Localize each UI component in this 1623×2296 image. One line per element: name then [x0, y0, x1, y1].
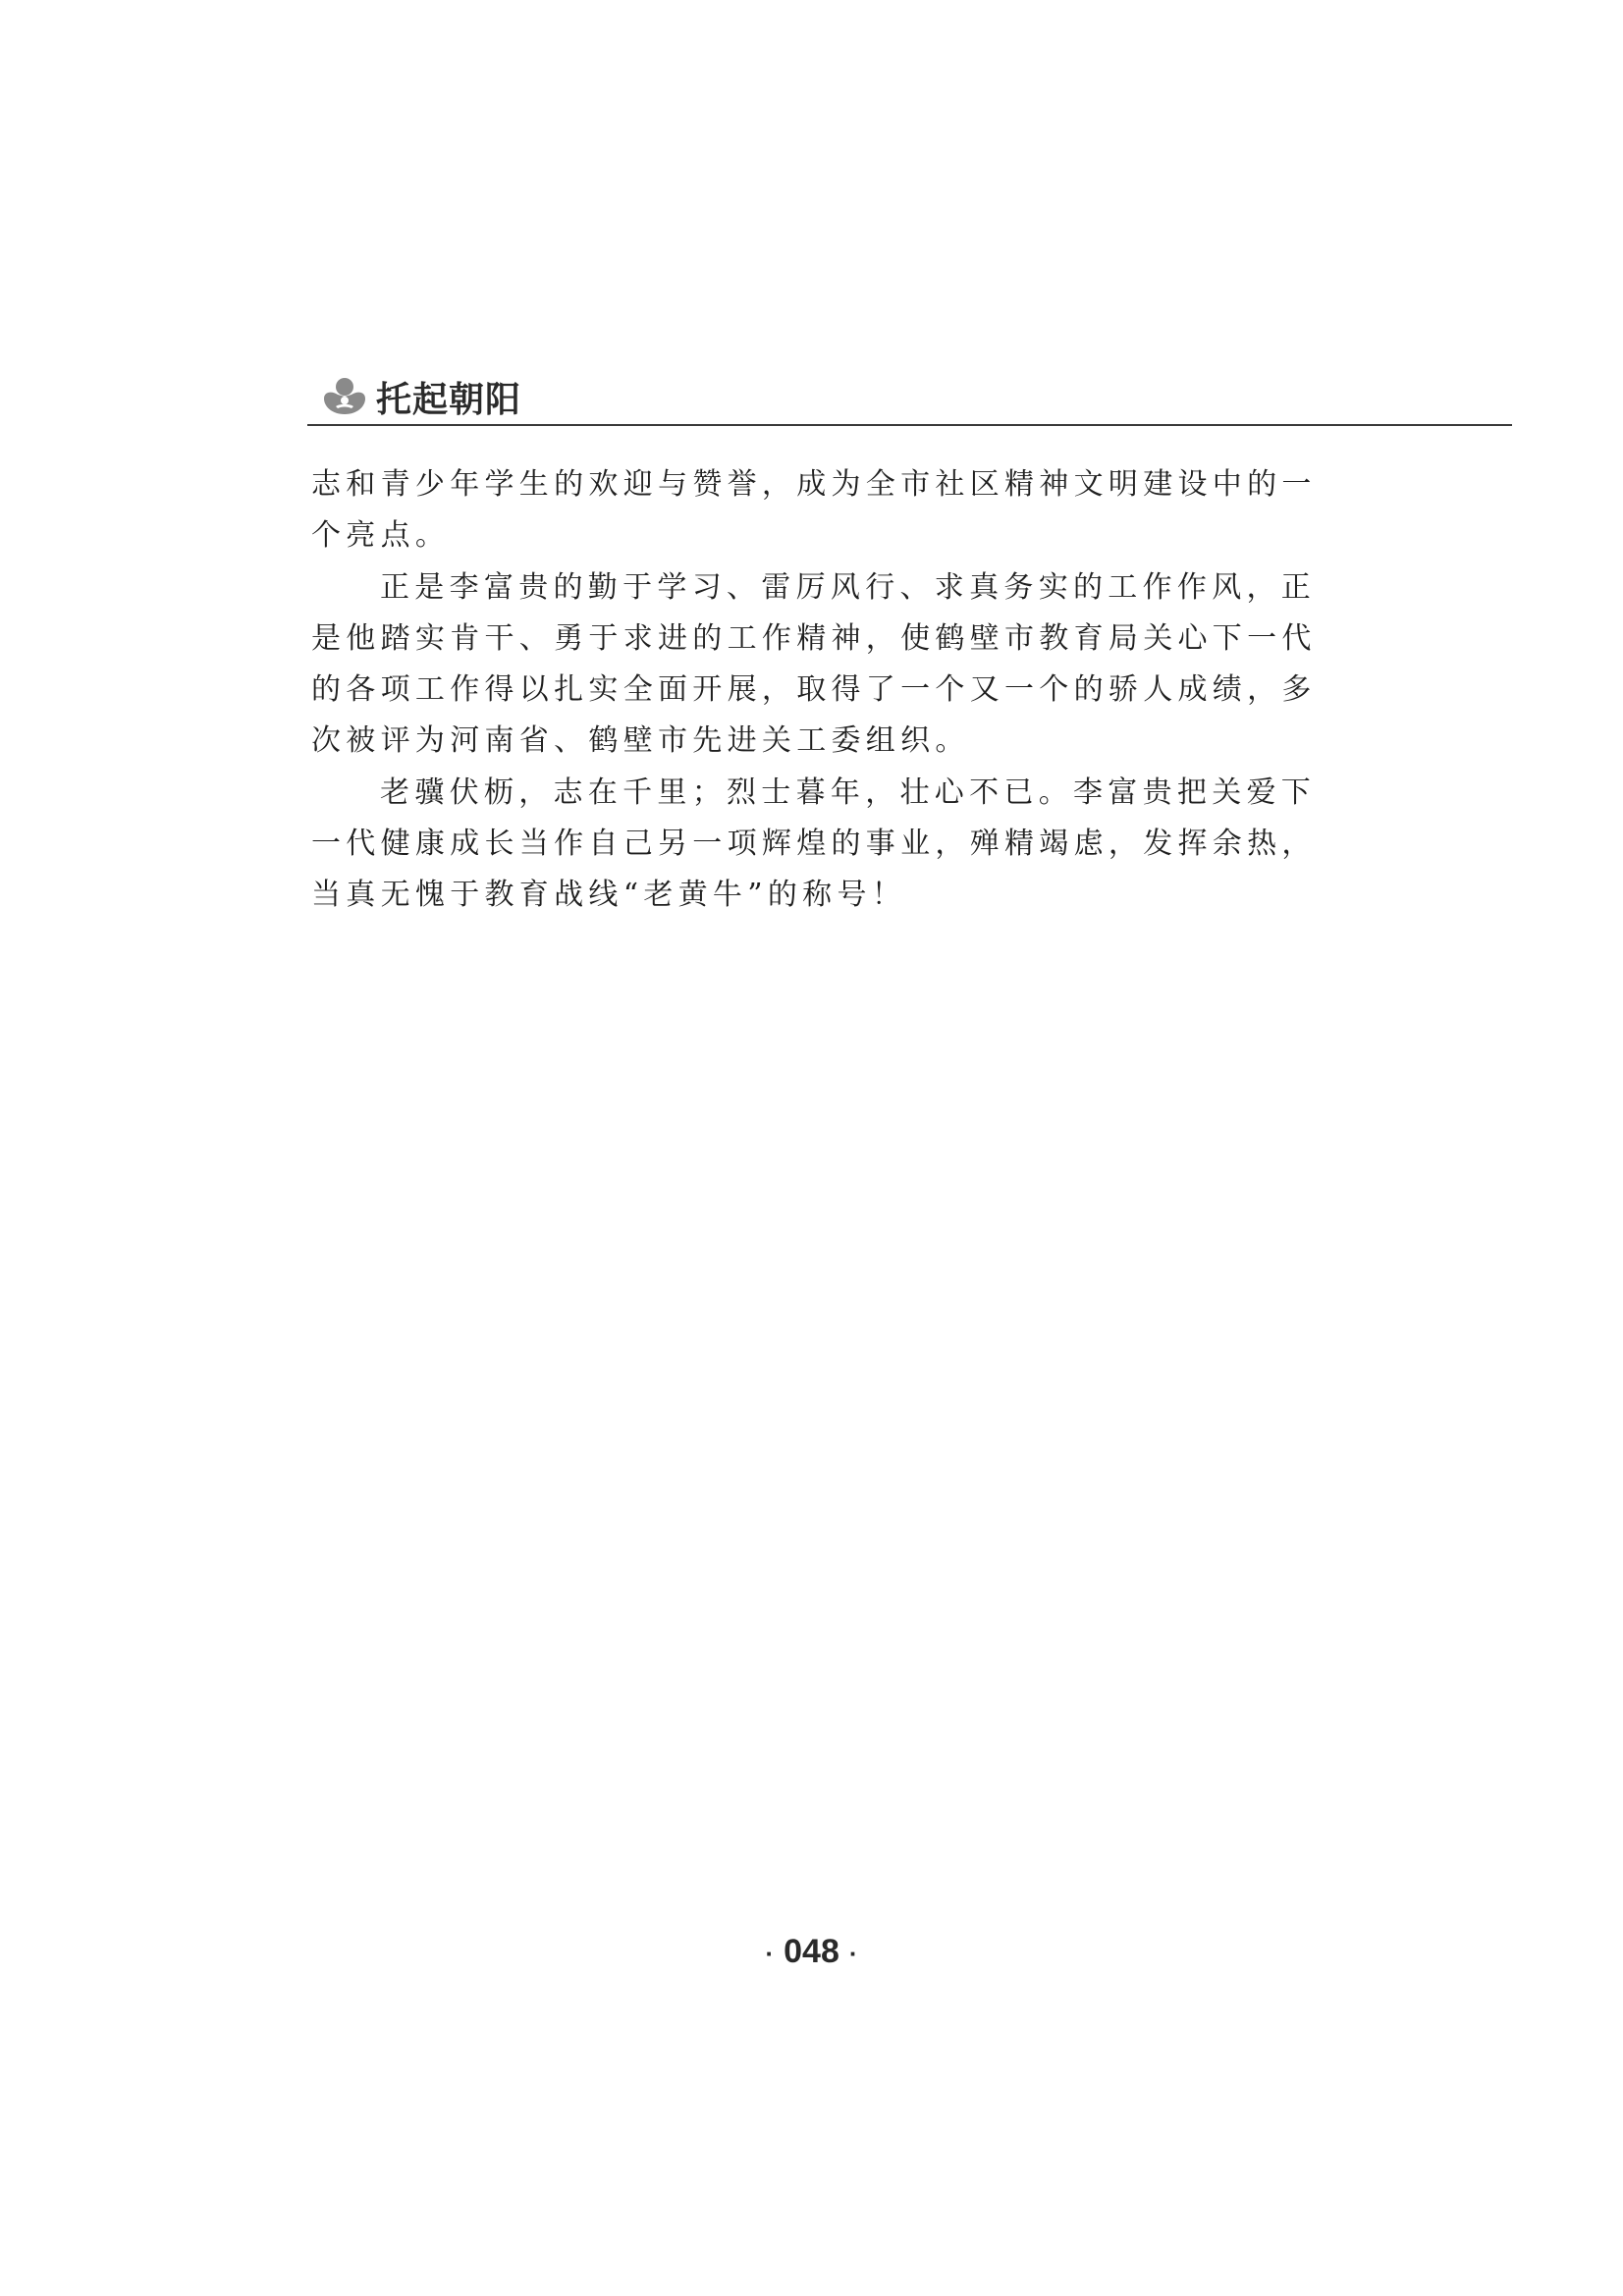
page-dot-right: ·	[849, 1939, 858, 1968]
page-number: ·048·	[0, 1932, 1623, 1973]
page-dot-left: ·	[765, 1939, 774, 1968]
text-line: 的各项工作得以扎实全面开展，取得了一个又一个的骄人成绩，多	[311, 665, 1283, 716]
running-header: 托起朝阳	[307, 373, 1512, 426]
body-text: 志和青少年学生的欢迎与赞誉，成为全市社区精神文明建设中的一 个亮点。 正是李富贵…	[311, 459, 1283, 922]
paragraph-start-line: 正是李富贵的勤于学习、雷厉风行、求真务实的工作作风，正	[311, 562, 1283, 614]
book-emblem-icon	[322, 377, 367, 416]
paragraph-start-line: 老骥伏枥，志在千里；烈士暮年，壮心不已。李富贵把关爱下	[311, 768, 1283, 819]
text-line: 个亮点。	[311, 510, 1283, 561]
text-line: 是他踏实肯干、勇于求进的工作精神，使鹤壁市教育局关心下一代	[311, 614, 1283, 665]
text-line: 次被评为河南省、鹤壁市先进关工委组织。	[311, 716, 1283, 767]
text-line: 一代健康成长当作自己另一项辉煌的事业，殚精竭虑，发挥余热，	[311, 819, 1283, 870]
running-header-title: 托起朝阳	[376, 379, 521, 420]
text-line: 当真无愧于教育战线“老黄牛”的称号！	[311, 870, 1283, 921]
page-number-value: 048	[784, 1933, 839, 1970]
text-line: 志和青少年学生的欢迎与赞誉，成为全市社区精神文明建设中的一	[311, 459, 1283, 510]
